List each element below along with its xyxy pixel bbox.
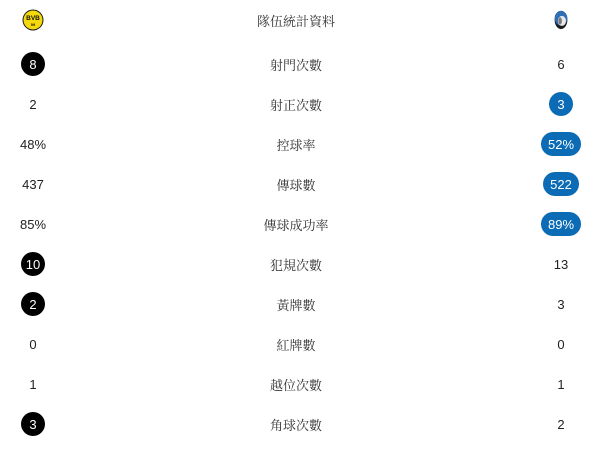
away-value-cell: 6 bbox=[528, 44, 593, 84]
stat-row: 3角球次數2 bbox=[0, 404, 593, 444]
stats-header: BVB 09 隊伍統計資料 bbox=[0, 0, 593, 40]
away-stat-value: 3 bbox=[549, 92, 573, 116]
stat-label: 紅牌數 bbox=[196, 324, 396, 364]
home-value-cell: 3 bbox=[0, 404, 66, 444]
home-stat-value: 10 bbox=[21, 252, 45, 276]
away-stat-value: 52% bbox=[541, 132, 581, 156]
away-team-logo bbox=[528, 0, 593, 40]
home-value-cell: 85% bbox=[0, 204, 66, 244]
home-stat-value: 2 bbox=[29, 97, 36, 112]
away-value-cell: 0 bbox=[528, 324, 593, 364]
away-stat-value: 2 bbox=[557, 417, 564, 432]
home-value-cell: 48% bbox=[0, 124, 66, 164]
svg-text:BVB: BVB bbox=[26, 15, 40, 22]
stats-title: 隊伍統計資料 bbox=[196, 0, 396, 40]
stat-label: 犯規次數 bbox=[196, 244, 396, 284]
home-stat-value: 0 bbox=[29, 337, 36, 352]
away-value-cell: 3 bbox=[528, 284, 593, 324]
stat-label: 越位次數 bbox=[196, 364, 396, 404]
bvb-logo-icon: BVB 09 bbox=[22, 9, 44, 31]
home-stat-value: 48% bbox=[20, 137, 46, 152]
stat-label: 傳球成功率 bbox=[196, 204, 396, 244]
stat-row: 0紅牌數0 bbox=[0, 324, 593, 364]
stat-row: 2射正次數3 bbox=[0, 84, 593, 124]
stat-row: 8射門次數6 bbox=[0, 44, 593, 84]
home-value-cell: 2 bbox=[0, 84, 66, 124]
away-value-cell: 52% bbox=[528, 124, 593, 164]
home-team-logo: BVB 09 bbox=[0, 0, 66, 40]
stat-label: 射正次數 bbox=[196, 84, 396, 124]
stat-label: 射門次數 bbox=[196, 44, 396, 84]
away-value-cell: 1 bbox=[528, 364, 593, 404]
away-value-cell: 89% bbox=[528, 204, 593, 244]
away-stat-value: 522 bbox=[543, 172, 579, 196]
stat-label: 傳球數 bbox=[196, 164, 396, 204]
home-stat-value: 2 bbox=[21, 292, 45, 316]
home-stat-value: 437 bbox=[22, 177, 44, 192]
away-stat-value: 6 bbox=[557, 57, 564, 72]
home-value-cell: 8 bbox=[0, 44, 66, 84]
home-value-cell: 1 bbox=[0, 364, 66, 404]
home-value-cell: 437 bbox=[0, 164, 66, 204]
atalanta-logo-icon bbox=[551, 9, 571, 31]
stat-row: 1越位次數1 bbox=[0, 364, 593, 404]
away-stat-value: 89% bbox=[541, 212, 581, 236]
home-value-cell: 10 bbox=[0, 244, 66, 284]
stat-row: 85%傳球成功率89% bbox=[0, 204, 593, 244]
away-value-cell: 522 bbox=[528, 164, 593, 204]
home-stat-value: 3 bbox=[21, 412, 45, 436]
away-stat-value: 13 bbox=[554, 257, 568, 272]
stat-row: 10犯規次數13 bbox=[0, 244, 593, 284]
home-value-cell: 0 bbox=[0, 324, 66, 364]
home-stat-value: 1 bbox=[29, 377, 36, 392]
stat-row: 48%控球率52% bbox=[0, 124, 593, 164]
stat-row: 2黃牌數3 bbox=[0, 284, 593, 324]
away-stat-value: 1 bbox=[557, 377, 564, 392]
stat-row: 437傳球數522 bbox=[0, 164, 593, 204]
home-stat-value: 85% bbox=[20, 217, 46, 232]
svg-text:09: 09 bbox=[31, 22, 36, 27]
home-value-cell: 2 bbox=[0, 284, 66, 324]
away-value-cell: 13 bbox=[528, 244, 593, 284]
home-stat-value: 8 bbox=[21, 52, 45, 76]
away-value-cell: 3 bbox=[528, 84, 593, 124]
away-stat-value: 3 bbox=[557, 297, 564, 312]
away-value-cell: 2 bbox=[528, 404, 593, 444]
stat-label: 黃牌數 bbox=[196, 284, 396, 324]
away-stat-value: 0 bbox=[557, 337, 564, 352]
stat-label: 控球率 bbox=[196, 124, 396, 164]
stat-label: 角球次數 bbox=[196, 404, 396, 444]
